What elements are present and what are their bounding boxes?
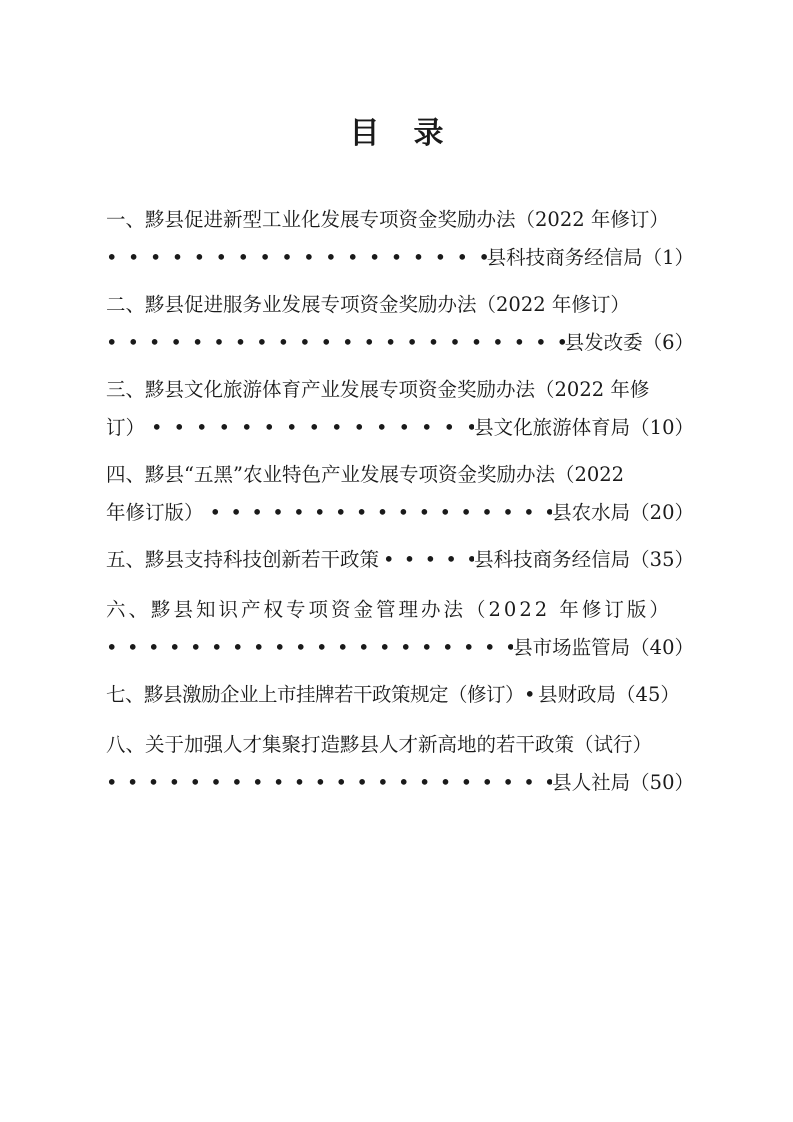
toc-entry-department: 县科技商务经信局 <box>474 545 630 575</box>
toc-entry-page: （40） <box>630 633 694 663</box>
toc-entry-page: （45） <box>616 680 680 710</box>
toc-entry-4-title[interactable]: 四、黟县“五黑”农业特色产业发展专项资金奖励办法（2022 <box>106 460 694 490</box>
toc-entry-page: （1） <box>643 243 694 273</box>
toc-entry-8-ref[interactable]: •••••••••••••••••••••• 县人社局（50） <box>106 768 694 798</box>
page-title: 目录 <box>0 108 793 152</box>
toc-entry-department: 县财政局 <box>538 680 616 710</box>
toc-entry-department: 县农水局 <box>552 498 630 528</box>
toc-entry-continuation: 年修订版） <box>106 498 204 528</box>
toc-entry-page: （35） <box>630 545 694 575</box>
toc-entry-2-title[interactable]: 二、黟县促进服务业发展专项资金奖励办法（2022 年修订） <box>106 290 694 320</box>
toc-entry-page: （6） <box>643 328 694 358</box>
toc-entry-page: （20） <box>630 498 694 528</box>
toc-entry-5[interactable]: 五、黟县支持科技创新若干政策 ••••• 县科技商务经信局（35） <box>106 545 694 575</box>
leader-dots: •••••••••••••••••••••• <box>106 768 552 798</box>
toc-entry-1-ref[interactable]: •••••••••••••••••• 县科技商务经信局（1） <box>106 243 694 273</box>
leader-dots: •••••••••••••••••••••• <box>106 328 565 358</box>
leader-dots: ••••••••••••••• <box>145 413 474 443</box>
toc-entry-continuation: 订） <box>106 413 145 443</box>
toc-entry-department: 县人社局 <box>552 768 630 798</box>
leader-dots: •••••••••••••••••• <box>106 243 487 273</box>
toc-entry-department: 县科技商务经信局 <box>487 243 643 273</box>
toc-entry-1-title[interactable]: 一、黟县促进新型工业化发展专项资金奖励办法（2022 年修订） <box>106 205 694 235</box>
toc-entry-6-title[interactable]: 六、黟县知识产权专项资金管理办法（2022 年修订版） <box>106 595 694 625</box>
toc-entry-4-ref[interactable]: 年修订版） ••••••••••••••••• 县农水局（20） <box>106 498 694 528</box>
page-title-char-1: 目 <box>350 108 380 152</box>
leader-dots: •••••••••••••••••••• <box>106 633 513 663</box>
toc-entry-page: （10） <box>630 413 694 443</box>
toc-entry-3-ref[interactable]: 订） ••••••••••••••• 县文化旅游体育局（10） <box>106 413 694 443</box>
toc-entry-department: 县市场监管局 <box>513 633 630 663</box>
toc-entry-2-ref[interactable]: •••••••••••••••••••••• 县发改委（6） <box>106 328 694 358</box>
leader-dots: ••••••••••••••••• <box>204 498 553 528</box>
page-title-char-2: 录 <box>414 108 444 152</box>
toc-entry-3-title[interactable]: 三、黟县文化旅游体育产业发展专项资金奖励办法（2022 年修 <box>106 375 694 405</box>
toc-entry-department: 县文化旅游体育局 <box>474 413 630 443</box>
leader-dots: ••••• <box>379 545 474 575</box>
toc-entry-8-title[interactable]: 八、关于加强人才集聚打造黟县人才新高地的若干政策（试行） <box>106 730 694 760</box>
toc-entry-page: （50） <box>630 768 694 798</box>
leader-dots: • <box>524 680 538 710</box>
toc-entry-7[interactable]: 七、黟县激励企业上市挂牌若干政策规定（修订） • 县财政局（45） <box>106 680 694 710</box>
toc-entry-department: 县发改委 <box>565 328 643 358</box>
toc-entry-6-ref[interactable]: •••••••••••••••••••• 县市场监管局（40） <box>106 633 694 663</box>
